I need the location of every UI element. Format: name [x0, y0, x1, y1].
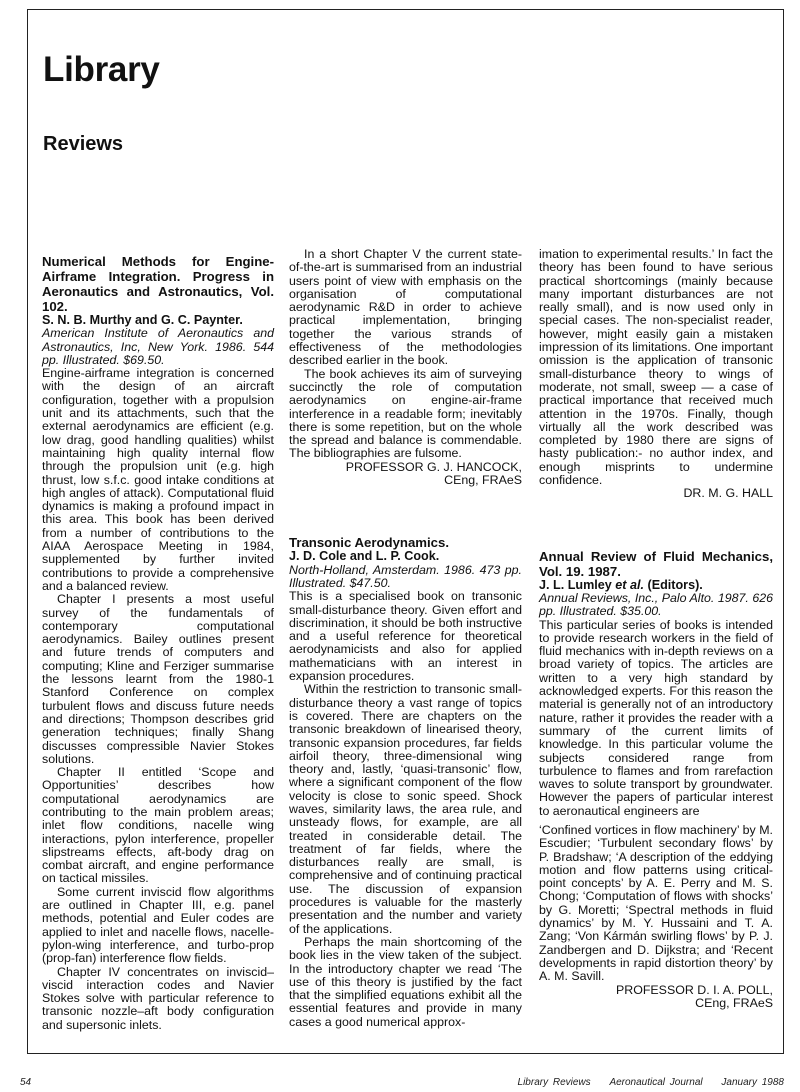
review-publication: Annual Reviews, Inc., Palo Alto. 1987. 6…	[539, 592, 773, 619]
review-title: Numerical Methods for Engine-Airframe In…	[42, 254, 274, 314]
review-paragraph: This particular series of books is inten…	[539, 619, 773, 818]
review-authors: J. D. Cole and L. P. Cook.	[289, 550, 522, 563]
review-paragraph: Chapter IV concentrates on inviscid–visc…	[42, 966, 274, 1032]
footer-journal: Aeronautical Journal	[609, 1077, 702, 1088]
footer-section: Library Reviews	[518, 1077, 591, 1088]
review-title: Transonic Aerodynamics.	[289, 535, 522, 550]
author-etal: et al.	[615, 578, 644, 592]
page-number: 54	[20, 1077, 31, 1088]
review-authors: S. N. B. Murthy and G. C. Paynter.	[42, 314, 274, 327]
reviewer-credentials: CEng, FRAeS	[289, 474, 522, 487]
column-3: imation to experimental results.’ In fac…	[539, 248, 773, 1010]
review-paragraph: imation to experimental results.’ In fac…	[539, 248, 773, 487]
review-numerical-methods: Numerical Methods for Engine-Airframe In…	[42, 254, 274, 1032]
reviewer-name: PROFESSOR G. J. HANCOCK,	[289, 461, 522, 474]
author-name: J. L. Lumley	[539, 578, 615, 592]
page-title: Library	[43, 52, 160, 87]
author-suffix: (Editors).	[644, 578, 703, 592]
review-transonic-aerodynamics: Transonic Aerodynamics. J. D. Cole and L…	[289, 535, 522, 1029]
running-footer: Library Reviews Aeronautical Journal Jan…	[504, 1077, 784, 1088]
review-paragraph: In a short Chapter V the current state-o…	[289, 248, 522, 368]
review-paragraph: This is a specialised book on transonic …	[289, 590, 522, 683]
review-paragraph: Perhaps the main shortcoming of the book…	[289, 936, 522, 1029]
column-1: Numerical Methods for Engine-Airframe In…	[42, 254, 274, 1032]
reviewer-credentials: CEng, FRAeS	[539, 997, 773, 1010]
footer-issue: January 1988	[721, 1077, 784, 1088]
review-paragraph: Within the restriction to transonic smal…	[289, 683, 522, 936]
review-paragraph: Chapter I presents a most useful survey …	[42, 593, 274, 766]
review-paragraph: The book achieves its aim of surveying s…	[289, 368, 522, 461]
review-publication: North-Holland, Amsterdam. 1986. 473 pp. …	[289, 564, 522, 591]
review-paragraph: Some current inviscid flow algorithms ar…	[42, 886, 274, 966]
reviewer-name: PROFESSOR D. I. A. POLL,	[539, 984, 773, 997]
review-paragraph: Chapter II entitled ‘Scope and Opportuni…	[42, 766, 274, 886]
review-publication: American Institute of Aeronautics and As…	[42, 327, 274, 367]
review-authors: J. L. Lumley et al. (Editors).	[539, 579, 773, 592]
reviewer-name: DR. M. G. HALL	[539, 487, 773, 500]
section-subtitle: Reviews	[43, 134, 123, 154]
review-paragraph: ‘Confined vortices in flow machinery’ by…	[539, 824, 773, 984]
column-2: In a short Chapter V the current state-o…	[289, 248, 522, 1029]
review-annual-review-fluid-mechanics: Annual Review of Fluid Mechanics, Vol. 1…	[539, 549, 773, 1011]
review-title: Annual Review of Fluid Mechanics, Vol. 1…	[539, 549, 773, 579]
review-paragraph: Engine-airframe integration is concerned…	[42, 367, 274, 593]
